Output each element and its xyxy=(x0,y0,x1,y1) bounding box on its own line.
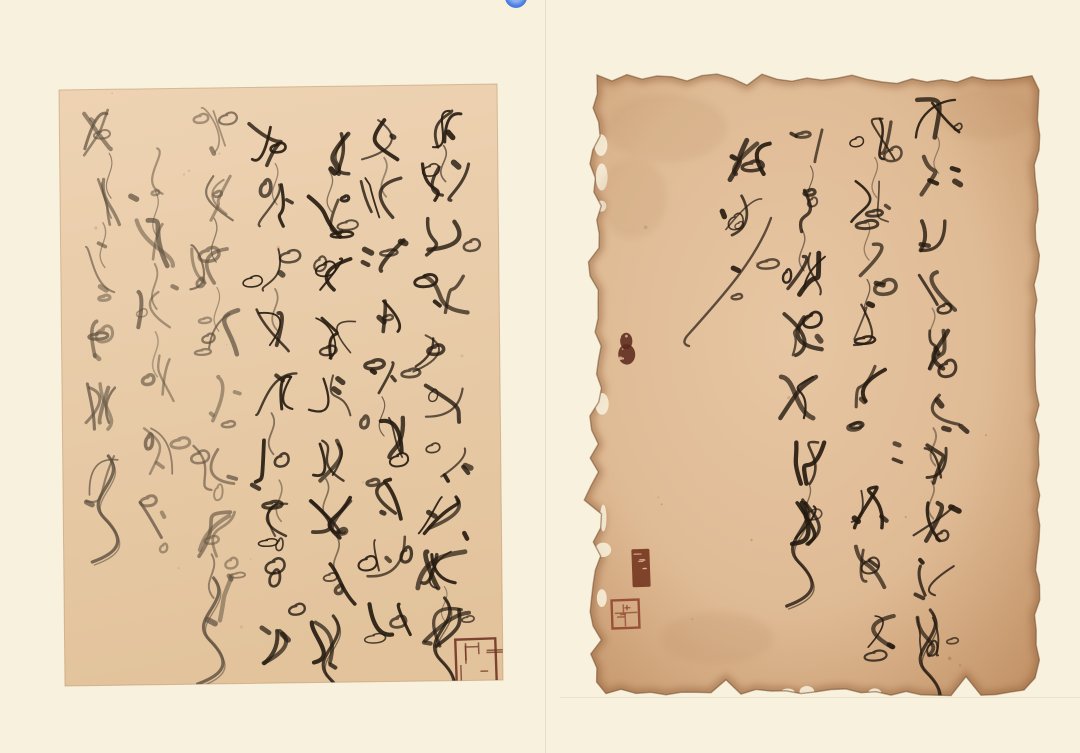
page-top-button[interactable] xyxy=(505,0,527,8)
right-album-leaf xyxy=(583,64,1053,710)
collector-seal-solid-rect xyxy=(631,549,650,588)
album-fold-seam xyxy=(545,0,546,753)
left-album-leaf xyxy=(55,82,507,692)
manuscript-viewer-canvas xyxy=(0,0,1080,753)
